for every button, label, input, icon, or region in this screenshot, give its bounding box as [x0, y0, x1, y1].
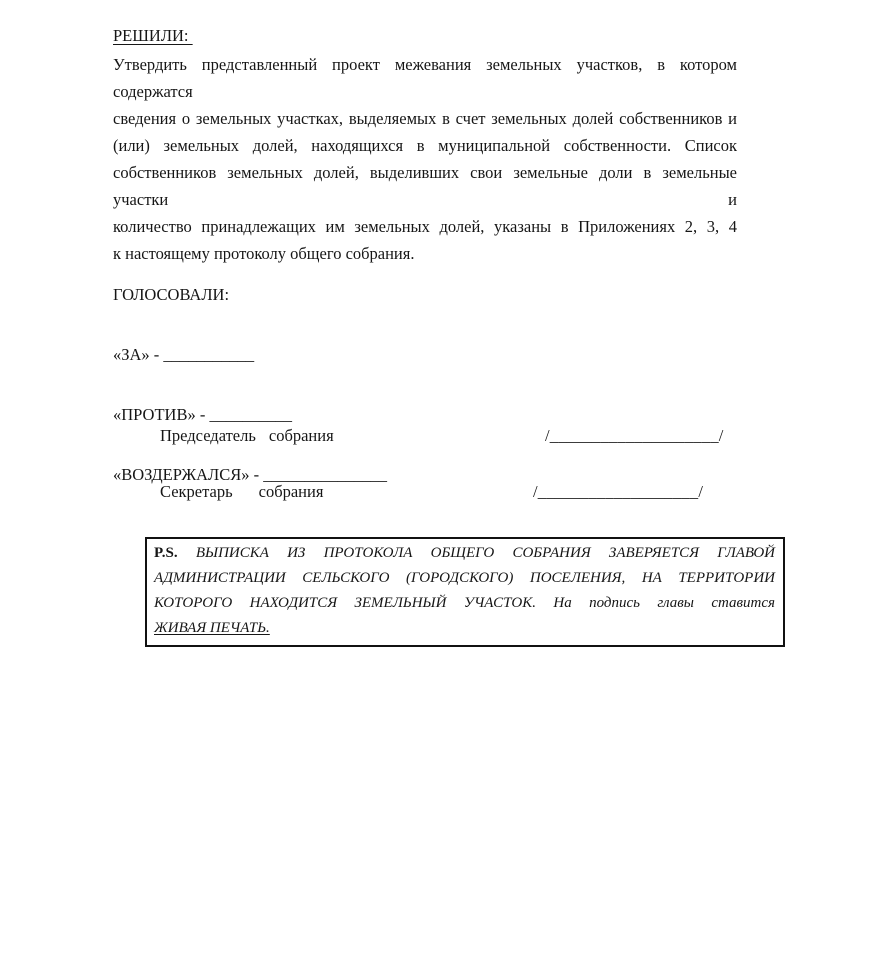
signature-unit: собрания: [269, 426, 334, 445]
postscript-underlined-text: ЖИВАЯ ПЕЧАТЬ.: [154, 620, 270, 636]
signature-role: Секретарь: [160, 482, 233, 501]
document-page: РЕШИЛИ: Утвердить представленный проект …: [0, 0, 870, 958]
signature-role: Председатель: [160, 426, 256, 445]
postscript-prefix: P.S.: [154, 545, 178, 561]
resolved-heading: РЕШИЛИ:: [113, 26, 193, 46]
postscript-line-underlined: ЖИВАЯ ПЕЧАТЬ.: [154, 616, 775, 641]
postscript-text: ВЫПИСКА ИЗ ПРОТОКОЛА ОБЩЕГО СОБРАНИЯ ЗАВ…: [196, 545, 775, 561]
resolution-line: количество принадлежащих им земельных до…: [113, 213, 737, 240]
postscript-line: АДМИНИСТРАЦИИ СЕЛЬСКОГО (ГОРОДСКОГО) ПОС…: [154, 566, 775, 591]
signature-row-secretary: Секретарьсобрания /___________________/: [160, 478, 737, 505]
signature-line: /___________________/: [533, 478, 703, 505]
postscript-line: КОТОРОГО НАХОДИТСЯ ЗЕМЕЛЬНЫЙ УЧАСТОК. На…: [154, 591, 775, 616]
resolution-paragraph: Утвердить представленный проект межевани…: [113, 51, 737, 267]
postscript-box: P.S. ВЫПИСКА ИЗ ПРОТОКОЛА ОБЩЕГО СОБРАНИ…: [145, 537, 785, 647]
voting-item-za: «ЗА» - ___________: [113, 345, 387, 365]
resolution-line: сведения о земельных участках, выделяемы…: [113, 105, 737, 132]
resolution-line: Утвердить представленный проект межевани…: [113, 51, 737, 105]
resolution-line: собственников земельных долей, выделивши…: [113, 159, 737, 213]
signature-unit: собрания: [259, 482, 324, 501]
signature-line: /____________________/: [545, 422, 724, 449]
voting-heading: ГОЛОСОВАЛИ:: [113, 285, 387, 305]
signature-row-chairman: Председательсобрания /__________________…: [160, 422, 737, 449]
resolution-line: (или) земельных долей, находящихся в мун…: [113, 132, 737, 159]
postscript-line: P.S. ВЫПИСКА ИЗ ПРОТОКОЛА ОБЩЕГО СОБРАНИ…: [154, 541, 775, 566]
